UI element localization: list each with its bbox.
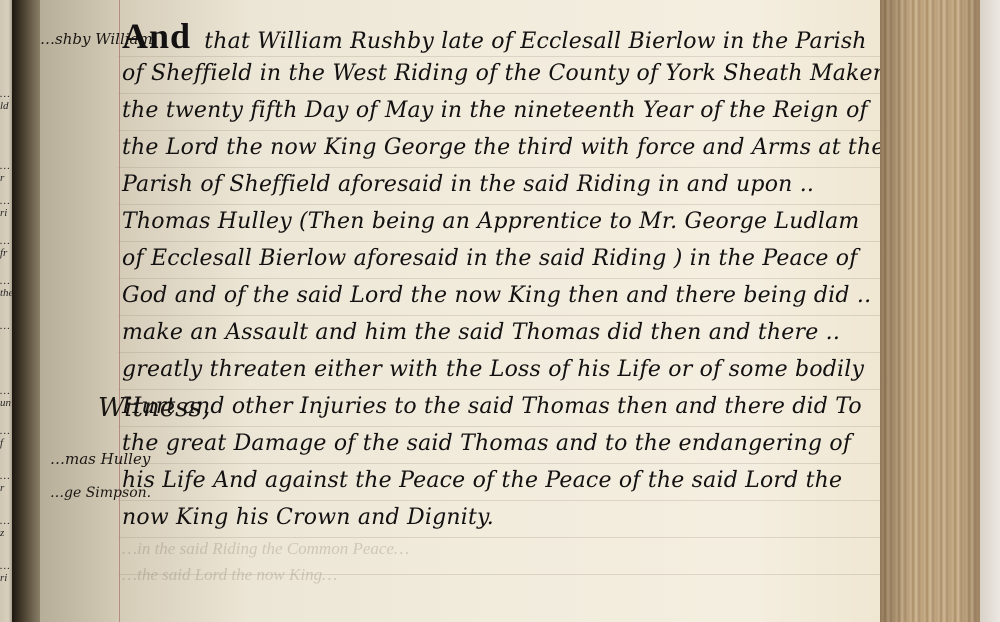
text-line: the great Damage of the said Thomas and … — [122, 425, 862, 462]
background — [980, 0, 1000, 622]
prev-page-fragment: …z — [0, 515, 12, 539]
prev-page-fragment: …ri — [0, 560, 12, 584]
text-line: of Sheffield in the West Riding of the C… — [122, 55, 862, 92]
text-line: And that William Rushby late of Ecclesal… — [122, 18, 862, 55]
text-line: make an Assault and him the said Thomas … — [122, 314, 862, 351]
text-line: Hurt and other Injuries to the said Thom… — [122, 388, 862, 425]
prev-page-fragment: …the — [0, 275, 12, 299]
bleed-through-text: …in the said Riding the Common Peace… — [122, 536, 862, 562]
text-line: now King his Crown and Dignity. — [122, 499, 862, 536]
handwritten-body: And that William Rushby late of Ecclesal… — [122, 18, 862, 588]
prev-page-fragment: … — [0, 320, 10, 332]
bleed-through-text: …the said Lord the now King… — [122, 562, 862, 588]
text-line: of Ecclesall Bierlow aforesaid in the sa… — [122, 240, 862, 277]
book-fore-edge — [880, 0, 980, 622]
prev-page-fragment: …ri — [0, 195, 12, 219]
text-line-content: that William Rushby late of Ecclesall Bi… — [204, 29, 866, 54]
manuscript-photo: …ld …r …ri …fr …the … …un …f …r …z …ri …… — [0, 0, 1000, 622]
prev-page-fragment: …r — [0, 470, 12, 494]
text-line: the Lord the now King George the third w… — [122, 129, 862, 166]
text-line: Thomas Hulley (Then being an Apprentice … — [122, 203, 862, 240]
book-gutter-shadow — [12, 0, 40, 622]
text-line: God and of the said Lord the now King th… — [122, 277, 862, 314]
prev-page-fragment: …un — [0, 385, 12, 409]
prev-page-fragment: …r — [0, 160, 12, 184]
text-line: his Life And against the Peace of the Pe… — [122, 462, 862, 499]
manuscript-page: …shby William Witness, …mas Hulley …ge S… — [40, 0, 880, 622]
prev-page-fragment: …ld — [0, 88, 12, 112]
text-line: Parish of Sheffield aforesaid in the sai… — [122, 166, 862, 203]
prev-page-fragment: …f — [0, 425, 12, 449]
decorative-initial: And — [122, 16, 191, 56]
previous-page-edge: …ld …r …ri …fr …the … …un …f …r …z …ri — [0, 0, 12, 622]
text-line: the twenty fifth Day of May in the ninet… — [122, 92, 862, 129]
text-line: greatly threaten either with the Loss of… — [122, 351, 862, 388]
prev-page-fragment: …fr — [0, 235, 12, 259]
